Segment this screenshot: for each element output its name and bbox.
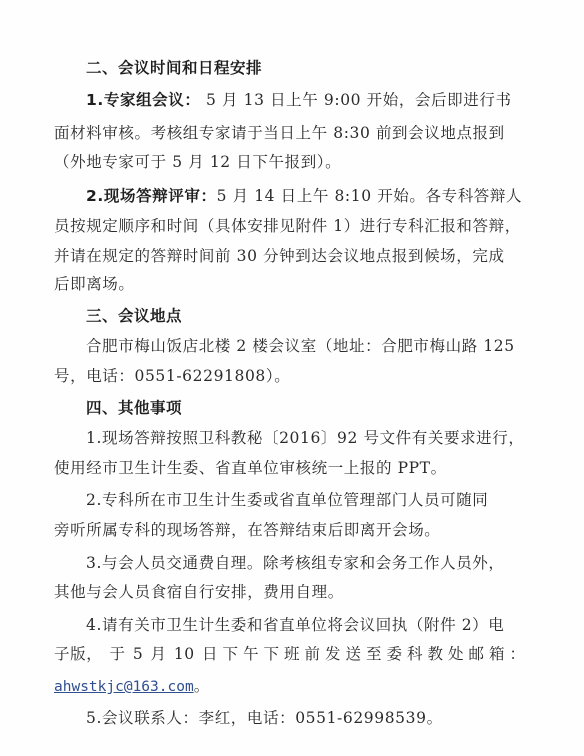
document-page: 二、会议时间和日程安排 1.专家组会议： 5 月 13 日上午 9:00 开始，… xyxy=(0,0,584,756)
paragraph-line: 使用经市卫生计生委、省直单位审核统一上报的 PPT。 xyxy=(54,458,530,478)
paragraph-line: 面材料审核。考核组专家请于当日上午 8:30 前到会议地点报到 xyxy=(54,123,530,143)
paragraph-line: 号，电话：0551-62291808）。 xyxy=(54,366,530,386)
item-label-expert-meeting: 1.专家组会议： xyxy=(86,91,200,109)
email-line: ahwstkjc@163.com。 xyxy=(54,676,530,697)
paragraph-other-item-4: 4.请有关市卫生计生委和省直单位将会议回执（附件 2）电 xyxy=(86,615,530,635)
section-heading-location: 三、会议地点 xyxy=(86,306,530,326)
item-text: 5 月 14 日上午 8:10 开始。各专科答辩人 xyxy=(217,187,523,205)
word: 10 xyxy=(174,644,195,664)
paragraph-line-justified: 子版， 于 5 月 10 日下午下班前发送至委科教处邮箱： xyxy=(54,644,530,664)
paragraph-other-item-1: 1.现场答辩按照卫科教秘〔2016〕92 号文件有关要求进行， xyxy=(86,428,530,448)
item-label-onsite-review: 2.现场答辩评审： xyxy=(86,187,217,205)
paragraph-line: 员按规定顺序和时间（具体安排见附件 1）进行专科汇报和答辩， xyxy=(54,216,530,236)
paragraph-location: 合肥市梅山饭店北楼 2 楼会议室（地址：合肥市梅山路 125 xyxy=(86,336,530,356)
word: 于 xyxy=(110,644,126,664)
word: 5 xyxy=(133,644,143,664)
section-heading-other: 四、其他事项 xyxy=(86,398,530,418)
paragraph-line: 后即离场。 xyxy=(54,274,530,294)
paragraph-other-item-3: 3.与会人员交通费自理。除考核组专家和会务工作人员外， xyxy=(86,553,530,573)
paragraph-other-item-2: 2.专科所在市卫生计生委或省直单位管理部门人员可随同 xyxy=(86,490,530,510)
paragraph-onsite-review: 2.现场答辩评审：5 月 14 日上午 8:10 开始。各专科答辩人 xyxy=(86,186,530,206)
item-text: 5 月 13 日上午 9:00 开始，会后即进行书 xyxy=(200,91,511,109)
paragraph-line: 并请在规定的答辩时间前 30 分钟到达会议地点报到候场，完成 xyxy=(54,246,530,266)
word: 月 xyxy=(151,644,167,664)
paragraph-line: 旁听所属专科的现场答辩，在答辩结束后即离开会场。 xyxy=(54,520,530,540)
paragraph-expert-meeting: 1.专家组会议： 5 月 13 日上午 9:00 开始，会后即进行书 xyxy=(86,90,530,110)
paragraph-line: 其他与会人员食宿自行安排，费用自理。 xyxy=(54,582,530,602)
word: 日下午下班前发送至委科教处邮箱： xyxy=(202,644,530,664)
email-link[interactable]: ahwstkjc@163.com xyxy=(54,679,194,695)
paragraph-contact: 5.会议联系人：李红，电话：0551-62998539。 xyxy=(86,708,530,728)
punctuation: 。 xyxy=(194,677,210,695)
section-heading-schedule: 二、会议时间和日程安排 xyxy=(86,58,530,78)
word: 子版， xyxy=(54,644,102,664)
paragraph-line: （外地专家可于 5 月 12 日下午报到）。 xyxy=(54,152,530,172)
